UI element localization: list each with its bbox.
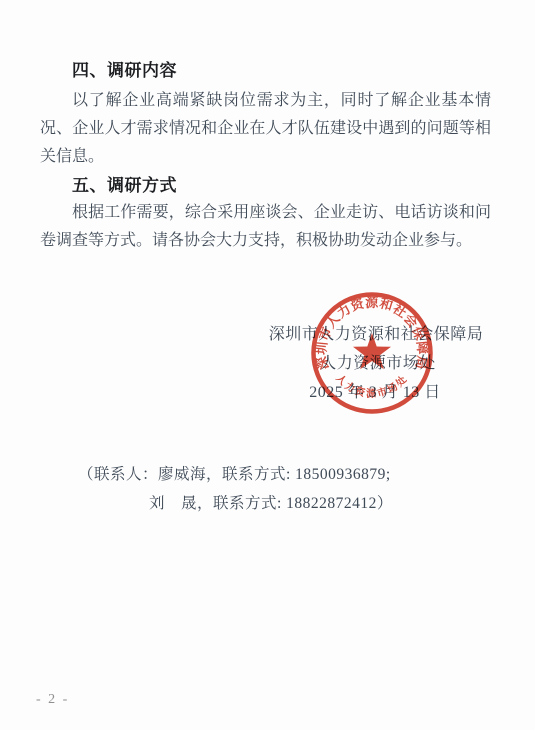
- section-5-line-2: 卷调查等方式。请各协会大力支持，积极协助发动企业参与。: [40, 227, 472, 250]
- section-4-heading: 四、调研内容: [72, 56, 177, 81]
- section-5-heading: 五、调研方式: [72, 171, 177, 196]
- official-seal: 深圳市人力资源和社会保障局 人力资源市场处: [310, 291, 434, 415]
- document-page: 四、调研内容 以了解企业高端紧缺岗位需求为主，同时了解企业基本情 况、企业人才需…: [0, 0, 535, 730]
- section-4-line-1: 以了解企业高端紧缺岗位需求为主，同时了解企业基本情: [72, 87, 491, 110]
- section-4-line-3: 关信息。: [40, 143, 104, 166]
- page-number: - 2 -: [36, 692, 69, 708]
- section-4-line-2: 况、企业人才需求情况和企业在人才队伍建设中遇到的问题等相: [40, 115, 491, 138]
- section-5-line-1: 根据工作需要，综合采用座谈会、企业走访、电话访谈和问: [72, 199, 491, 222]
- seal-bottom-label: 人力资源市场处: [333, 372, 410, 400]
- star-icon: [353, 333, 391, 369]
- contact-line-1: （联系人：廖威海，联系方式: 18500936879;: [78, 462, 391, 484]
- contact-line-2: 刘 晟，联系方式: 18822872412）: [149, 491, 393, 513]
